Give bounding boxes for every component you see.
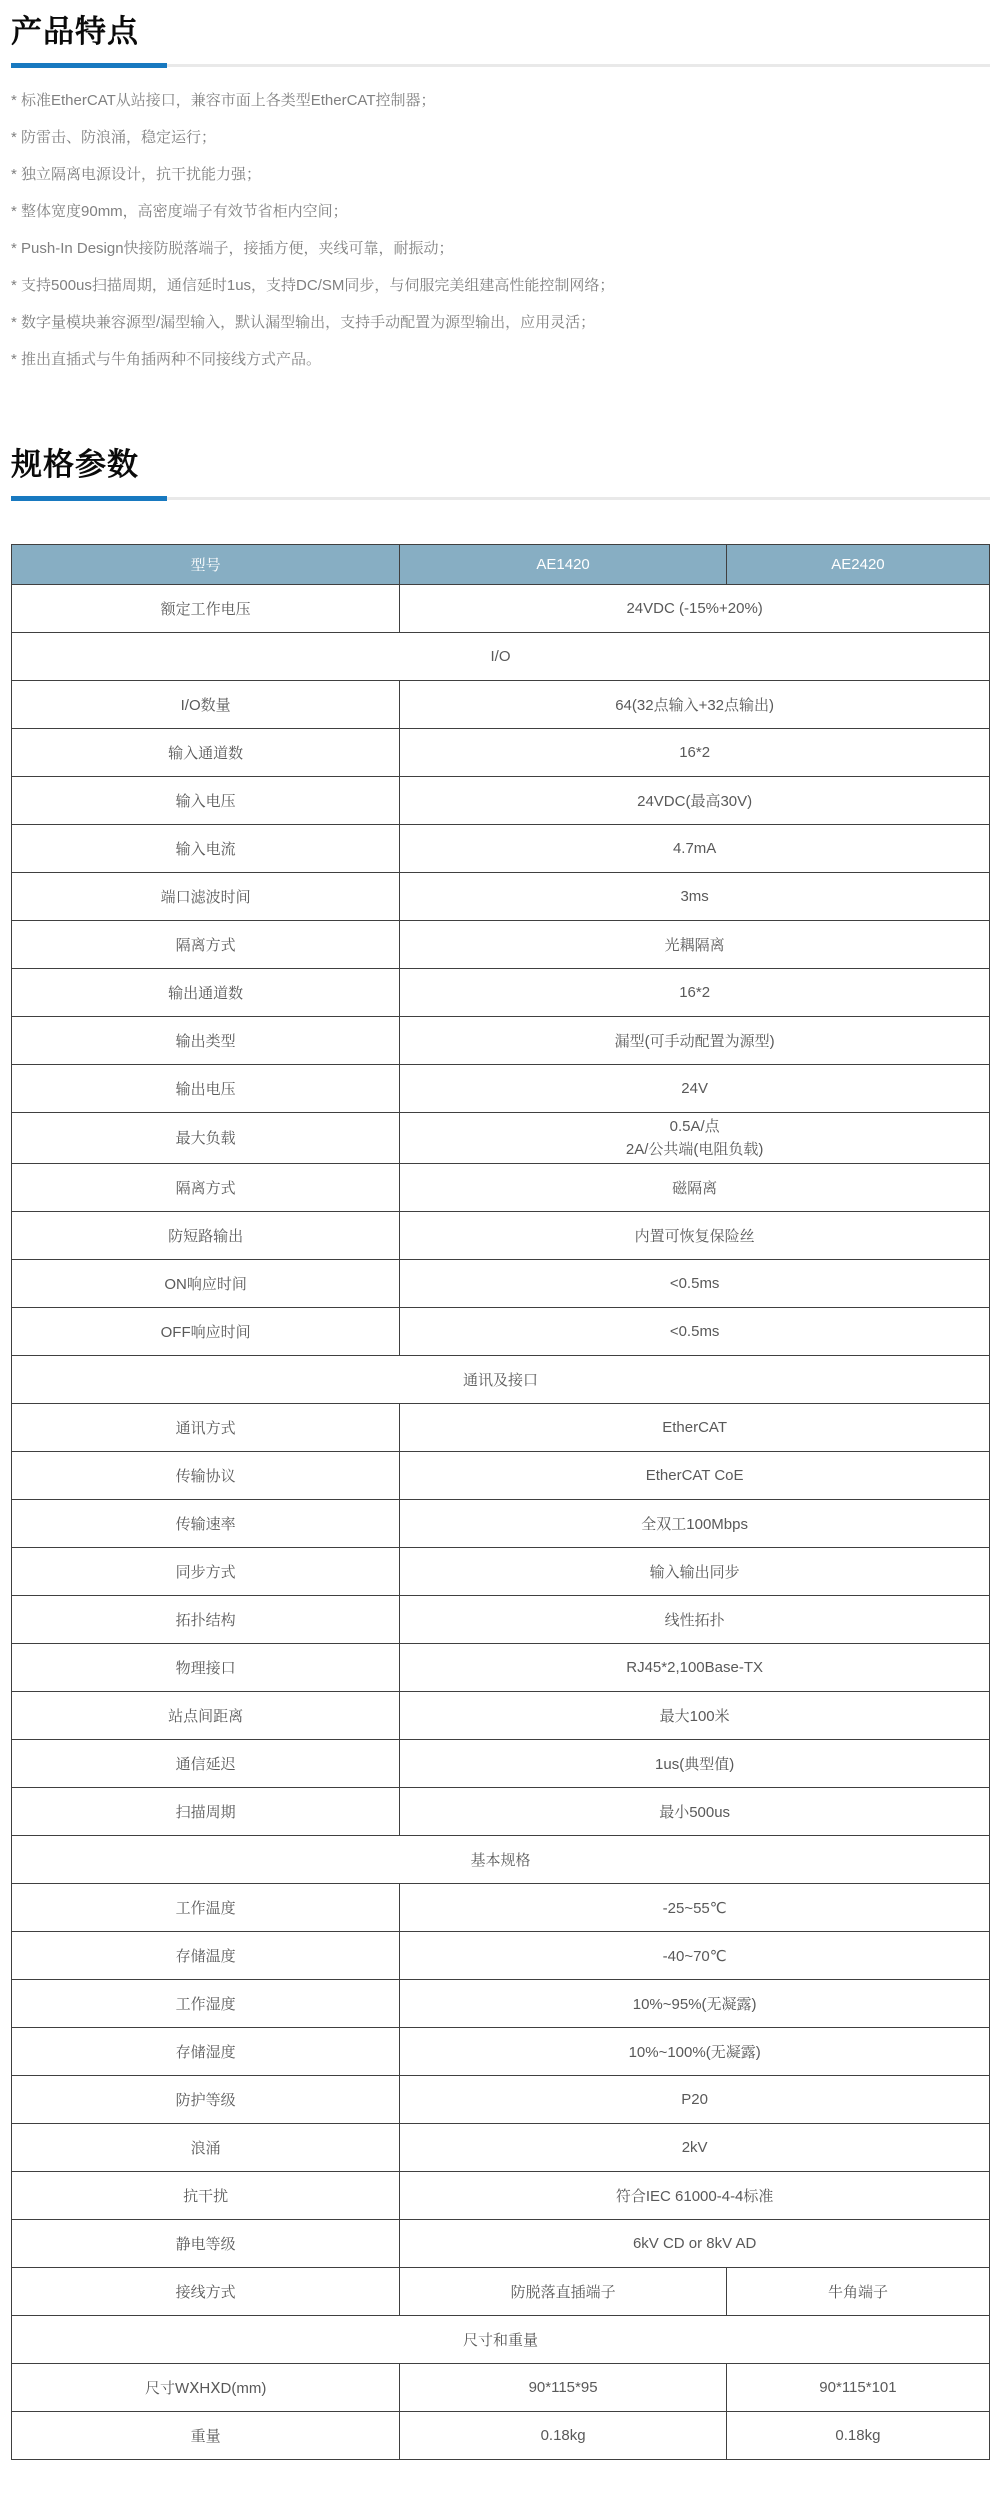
table-row: 防短路输出内置可恢复保险丝 (12, 1212, 990, 1260)
spec-value-cell: 1us(典型值) (400, 1740, 990, 1788)
spec-label-cell: 浪涌 (12, 2124, 400, 2172)
table-row: 输入电流4.7mA (12, 824, 990, 872)
spec-value-cell-ae2420: 0.18kg (726, 2412, 989, 2460)
table-row: 抗干扰符合IEC 61000-4-4标准 (12, 2172, 990, 2220)
table-row: 接线方式防脱落直插端子牛角端子 (12, 2268, 990, 2316)
features-section-title: 产品特点 (11, 12, 990, 52)
table-header-row: 型号 AE1420 AE2420 (12, 544, 990, 584)
spec-label-cell: 防短路输出 (12, 1212, 400, 1260)
spec-value-cell: 10%~95%(无凝露) (400, 1980, 990, 2028)
table-row: 输出类型漏型(可手动配置为源型) (12, 1016, 990, 1064)
table-row: 通信延迟1us(典型值) (12, 1740, 990, 1788)
feature-item: * Push-In Design快接防脱落端子，接插方便，夹线可靠，耐振动； (11, 240, 990, 258)
header-model-ae1420-cell: AE1420 (400, 544, 727, 584)
specs-section: 规格参数 型号 AE1420 AE2420 额定工作电压24VDC (-15%+… (11, 445, 990, 2460)
spec-label-cell: 隔离方式 (12, 1164, 400, 1212)
section-row: 基本规格 (12, 1836, 990, 1884)
spec-label-cell: 最大负载 (12, 1112, 400, 1164)
spec-value-cell: 6kV CD or 8kV AD (400, 2220, 990, 2268)
spec-value-cell: 24VDC (-15%+20%) (400, 584, 990, 632)
section-title-cell: 通讯及接口 (12, 1356, 990, 1404)
table-row: 传输速率全双工100Mbps (12, 1500, 990, 1548)
spec-label-cell: 同步方式 (12, 1548, 400, 1596)
section-row: 通讯及接口 (12, 1356, 990, 1404)
table-row: 站点间距离最大100米 (12, 1692, 990, 1740)
spec-table: 型号 AE1420 AE2420 额定工作电压24VDC (-15%+20%)I… (11, 544, 990, 2461)
spec-label-cell: 扫描周期 (12, 1788, 400, 1836)
table-row: 静电等级6kV CD or 8kV AD (12, 2220, 990, 2268)
spec-label-cell: 传输协议 (12, 1452, 400, 1500)
spec-value-cell: <0.5ms (400, 1260, 990, 1308)
section-row: 尺寸和重量 (12, 2316, 990, 2364)
spec-value-cell-ae2420: 牛角端子 (726, 2268, 989, 2316)
table-row: 拓扑结构线性拓扑 (12, 1596, 990, 1644)
spec-label-cell: 端口滤波时间 (12, 872, 400, 920)
features-section: 产品特点 * 标准EtherCAT从站接口，兼容市面上各类型EtherCAT控制… (11, 12, 990, 369)
table-row: 尺寸WⅩHⅩD(mm)90*115*9590*115*101 (12, 2364, 990, 2412)
spec-label-cell: 存储湿度 (12, 2028, 400, 2076)
spec-label-cell: I/O数量 (12, 680, 400, 728)
section-title-cell: I/O (12, 632, 990, 680)
section-title-cell: 基本规格 (12, 1836, 990, 1884)
spec-label-cell: 站点间距离 (12, 1692, 400, 1740)
table-row: 重量0.18kg0.18kg (12, 2412, 990, 2460)
spec-label-cell: 输入电压 (12, 776, 400, 824)
feature-item: * 数字量模块兼容源型/漏型输入，默认漏型输出，支持手动配置为源型输出，应用灵活… (11, 314, 990, 332)
spec-value-cell: EtherCAT CoE (400, 1452, 990, 1500)
feature-list: * 标准EtherCAT从站接口，兼容市面上各类型EtherCAT控制器；* 防… (11, 92, 990, 369)
table-row: 输出通道数16*2 (12, 968, 990, 1016)
spec-value-cell: RJ45*2,100Base-TX (400, 1644, 990, 1692)
spec-label-cell: 拓扑结构 (12, 1596, 400, 1644)
spec-label-cell: 通讯方式 (12, 1404, 400, 1452)
spec-value-cell-ae1420: 防脱落直插端子 (400, 2268, 727, 2316)
spec-value-cell: 16*2 (400, 968, 990, 1016)
spec-value-cell: 16*2 (400, 728, 990, 776)
table-row: 工作温度-25~55℃ (12, 1884, 990, 1932)
spec-label-cell: 输出类型 (12, 1016, 400, 1064)
spec-label-cell: 额定工作电压 (12, 584, 400, 632)
spec-value-line: 0.5A/点 (406, 1115, 983, 1138)
feature-item: * 整体宽度90mm，高密度端子有效节省柜内空间； (11, 203, 990, 221)
spec-value-cell: -40~70℃ (400, 1932, 990, 1980)
table-row: 隔离方式光耦隔离 (12, 920, 990, 968)
spec-value-cell: P20 (400, 2076, 990, 2124)
table-row: 防护等级P20 (12, 2076, 990, 2124)
spec-value-cell-ae1420: 90*115*95 (400, 2364, 727, 2412)
underline-accent-bar (11, 496, 167, 501)
spec-label-cell: 存储温度 (12, 1932, 400, 1980)
spec-value-line: 2A/公共端(电阻负载) (406, 1138, 983, 1161)
table-row: ON响应时间<0.5ms (12, 1260, 990, 1308)
spec-label-cell: 输入通道数 (12, 728, 400, 776)
spec-label-cell: ON响应时间 (12, 1260, 400, 1308)
spec-label-cell: 尺寸WⅩHⅩD(mm) (12, 2364, 400, 2412)
spec-value-cell: 10%~100%(无凝露) (400, 2028, 990, 2076)
spec-value-cell: 3ms (400, 872, 990, 920)
spec-value-cell: 64(32点输入+32点输出) (400, 680, 990, 728)
table-row: 输入通道数16*2 (12, 728, 990, 776)
spec-value-cell: 磁隔离 (400, 1164, 990, 1212)
underline-accent-bar (11, 63, 167, 68)
feature-item: * 标准EtherCAT从站接口，兼容市面上各类型EtherCAT控制器； (11, 92, 990, 110)
spec-value-cell: 内置可恢复保险丝 (400, 1212, 990, 1260)
spec-label-cell: 抗干扰 (12, 2172, 400, 2220)
spec-value-cell: -25~55℃ (400, 1884, 990, 1932)
product-spec-page: 产品特点 * 标准EtherCAT从站接口，兼容市面上各类型EtherCAT控制… (0, 0, 1001, 2484)
specs-title-underline (11, 496, 990, 502)
section-row: I/O (12, 632, 990, 680)
spec-value-cell: 最大100米 (400, 1692, 990, 1740)
table-row: 存储温度-40~70℃ (12, 1932, 990, 1980)
features-title-underline (11, 62, 990, 68)
spec-value-cell-ae2420: 90*115*101 (726, 2364, 989, 2412)
underline-gray-bar (167, 497, 990, 500)
spec-value-cell: 符合IEC 61000-4-4标准 (400, 2172, 990, 2220)
spec-value-cell: 光耦隔离 (400, 920, 990, 968)
spec-label-cell: 通信延迟 (12, 1740, 400, 1788)
table-row: 传输协议EtherCAT CoE (12, 1452, 990, 1500)
spec-label-cell: 静电等级 (12, 2220, 400, 2268)
spec-value-cell: 4.7mA (400, 824, 990, 872)
spec-label-cell: 重量 (12, 2412, 400, 2460)
specs-section-title: 规格参数 (11, 445, 990, 485)
spec-label-cell: 输出电压 (12, 1064, 400, 1112)
table-row: OFF响应时间<0.5ms (12, 1308, 990, 1356)
spec-label-cell: 防护等级 (12, 2076, 400, 2124)
spec-value-cell: EtherCAT (400, 1404, 990, 1452)
spec-value-cell-ae1420: 0.18kg (400, 2412, 727, 2460)
spec-value-cell: 24VDC(最高30V) (400, 776, 990, 824)
table-row: 扫描周期最小500us (12, 1788, 990, 1836)
table-row: I/O数量64(32点输入+32点输出) (12, 680, 990, 728)
spec-label-cell: 输入电流 (12, 824, 400, 872)
spec-label-cell: 传输速率 (12, 1500, 400, 1548)
table-row: 隔离方式磁隔离 (12, 1164, 990, 1212)
spec-value-cell: 全双工100Mbps (400, 1500, 990, 1548)
spec-label-cell: 输出通道数 (12, 968, 400, 1016)
table-row: 额定工作电压24VDC (-15%+20%) (12, 584, 990, 632)
table-row: 端口滤波时间3ms (12, 872, 990, 920)
spec-value-cell: <0.5ms (400, 1308, 990, 1356)
spec-label-cell: 隔离方式 (12, 920, 400, 968)
section-title-cell: 尺寸和重量 (12, 2316, 990, 2364)
table-row: 输入电压24VDC(最高30V) (12, 776, 990, 824)
table-row: 同步方式输入输出同步 (12, 1548, 990, 1596)
spec-value-cell: 输入输出同步 (400, 1548, 990, 1596)
header-model-cell: 型号 (12, 544, 400, 584)
table-row: 最大负载0.5A/点2A/公共端(电阻负载) (12, 1112, 990, 1164)
table-row: 输出电压24V (12, 1064, 990, 1112)
spec-value-cell: 2kV (400, 2124, 990, 2172)
spec-value-cell: 最小500us (400, 1788, 990, 1836)
feature-item: * 防雷击、防浪涌，稳定运行； (11, 129, 990, 147)
table-row: 物理接口RJ45*2,100Base-TX (12, 1644, 990, 1692)
spec-label-cell: OFF响应时间 (12, 1308, 400, 1356)
underline-gray-bar (167, 64, 990, 67)
table-row: 通讯方式EtherCAT (12, 1404, 990, 1452)
spec-table-body: 额定工作电压24VDC (-15%+20%)I/OI/O数量64(32点输入+3… (12, 584, 990, 2460)
spec-value-cell: 线性拓扑 (400, 1596, 990, 1644)
table-row: 存储湿度10%~100%(无凝露) (12, 2028, 990, 2076)
spec-label-cell: 工作温度 (12, 1884, 400, 1932)
spec-value-cell: 24V (400, 1064, 990, 1112)
spec-value-cell: 0.5A/点2A/公共端(电阻负载) (400, 1112, 990, 1164)
feature-item: * 支持500us扫描周期，通信延时1us，支持DC/SM同步，与伺服完美组建高… (11, 277, 990, 295)
spec-label-cell: 工作湿度 (12, 1980, 400, 2028)
header-model-ae2420-cell: AE2420 (726, 544, 989, 584)
spec-value-cell: 漏型(可手动配置为源型) (400, 1016, 990, 1064)
feature-item: * 推出直插式与牛角插两种不同接线方式产品。 (11, 351, 990, 369)
table-row: 浪涌2kV (12, 2124, 990, 2172)
feature-item: * 独立隔离电源设计，抗干扰能力强； (11, 166, 990, 184)
spec-label-cell: 接线方式 (12, 2268, 400, 2316)
table-row: 工作湿度10%~95%(无凝露) (12, 1980, 990, 2028)
spec-label-cell: 物理接口 (12, 1644, 400, 1692)
